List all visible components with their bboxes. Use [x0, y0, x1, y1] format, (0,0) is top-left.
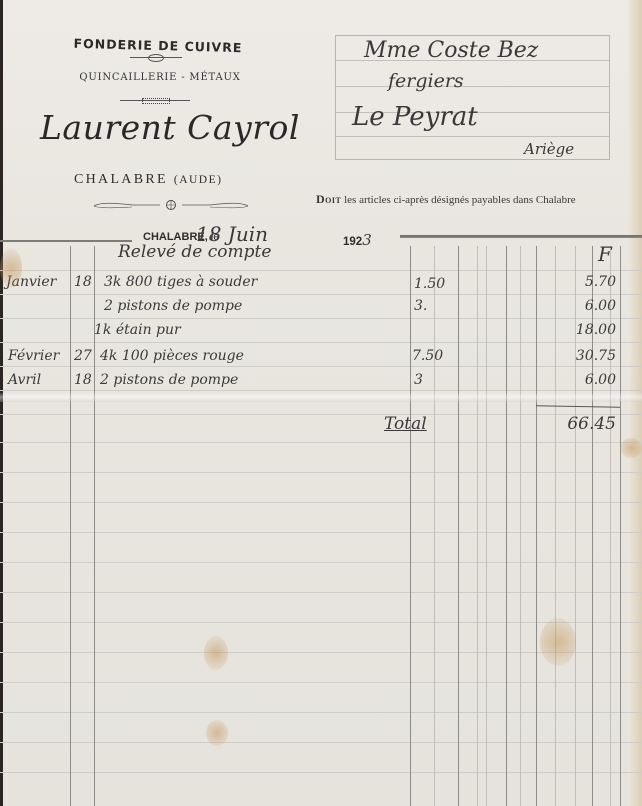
letterhead-trade-title: FONDERIE DE CUIVRE — [58, 35, 258, 55]
ornament-divider — [130, 57, 182, 64]
ledger-table: CHALABRE, le 18 Juin 1923 — [0, 218, 642, 806]
date-year: 1923 — [343, 231, 372, 249]
row-rule — [0, 502, 642, 503]
column-rule — [477, 246, 478, 806]
column-rule — [620, 246, 621, 806]
row-amount: 18.00 — [536, 322, 616, 338]
total-rule — [536, 405, 620, 407]
city-name: CHALABRE — [74, 172, 168, 187]
row-unit-price: 1.50 — [414, 276, 445, 292]
total-amount: 66.45 — [536, 414, 616, 434]
column-rule — [70, 246, 71, 806]
row-day: 18 — [74, 372, 92, 388]
row-description: 1k étain pur — [94, 322, 181, 338]
row-rule — [0, 366, 642, 367]
doit-text: les articles ci-après désignés payables … — [344, 194, 576, 206]
column-rule — [410, 246, 411, 806]
row-amount: 30.75 — [536, 348, 616, 364]
row-month: Avril — [8, 372, 41, 388]
row-rule — [0, 442, 642, 443]
row-rule — [0, 342, 642, 343]
row-rule — [0, 532, 642, 533]
row-rule — [0, 682, 642, 683]
address-rule — [336, 136, 609, 137]
header-rule — [0, 240, 132, 242]
recipient-department: Ariège — [524, 140, 574, 158]
row-rule — [0, 270, 642, 271]
recipient-town: Le Peyrat — [352, 102, 478, 132]
row-unit-price: 3 — [414, 372, 423, 388]
invoice-sheet: FONDERIE DE CUIVRE QUINCAILLERIE - MÉTAU… — [0, 0, 642, 806]
row-description: 2 pistons de pompe — [100, 372, 238, 388]
row-unit-price: 7.50 — [412, 348, 443, 364]
column-rule — [486, 246, 487, 806]
row-rule — [0, 562, 642, 563]
row-description: 2 pistons de pompe — [104, 298, 242, 314]
payment-terms: Doit les articles ci-après désignés paya… — [316, 192, 576, 207]
row-rule — [0, 472, 642, 473]
paper-stain — [0, 248, 22, 288]
header-rule — [400, 235, 642, 238]
row-description: 4k 100 pièces rouge — [100, 348, 244, 364]
row-rule — [0, 318, 642, 319]
paper-stain — [204, 636, 228, 670]
row-unit-price: 3. — [414, 298, 427, 314]
year-suffix: 3 — [362, 231, 372, 249]
letterhead-trade-subtitle: QUINCAILLERIE - MÉTAUX — [60, 72, 260, 83]
address-rule — [336, 86, 609, 87]
doit-label: Doit — [316, 192, 341, 206]
currency-mark: F — [598, 242, 612, 266]
total-label: Total — [384, 414, 427, 434]
paper-stain — [620, 438, 642, 458]
row-rule — [0, 742, 642, 743]
recipient-occupation: fergiers — [388, 70, 464, 92]
row-rule — [0, 390, 642, 391]
paper-stain — [540, 618, 576, 666]
row-amount: 6.00 — [536, 298, 616, 314]
column-rule — [506, 246, 507, 806]
paper-fold — [0, 392, 642, 402]
row-amount: 6.00 — [536, 372, 616, 388]
paper-stain — [206, 720, 228, 746]
row-description: 3k 800 tiges à souder — [104, 274, 257, 290]
row-amount: 5.70 — [536, 274, 616, 290]
ornament-divider — [120, 100, 190, 103]
recipient-address-box: Mme Coste Bez fergiers Le Peyrat Ariège — [335, 35, 610, 160]
merchant-name: Laurent Cayrol — [40, 108, 300, 147]
statement-heading: Relevé de compte — [118, 242, 271, 262]
row-rule — [0, 712, 642, 713]
year-prefix: 192 — [343, 236, 362, 248]
flourish-ornament-icon — [92, 200, 250, 210]
column-rule — [434, 246, 435, 806]
department-name: (AUDE) — [174, 174, 223, 186]
column-rule — [458, 246, 459, 806]
recipient-name: Mme Coste Bez — [364, 38, 538, 63]
row-day: 27 — [74, 348, 92, 364]
row-rule — [0, 294, 642, 295]
row-rule — [0, 772, 642, 773]
column-rule — [520, 246, 521, 806]
row-month: Février — [8, 348, 59, 364]
row-day: 18 — [74, 274, 92, 290]
row-rule — [0, 592, 642, 593]
merchant-city: CHALABRE(AUDE) — [74, 172, 222, 188]
